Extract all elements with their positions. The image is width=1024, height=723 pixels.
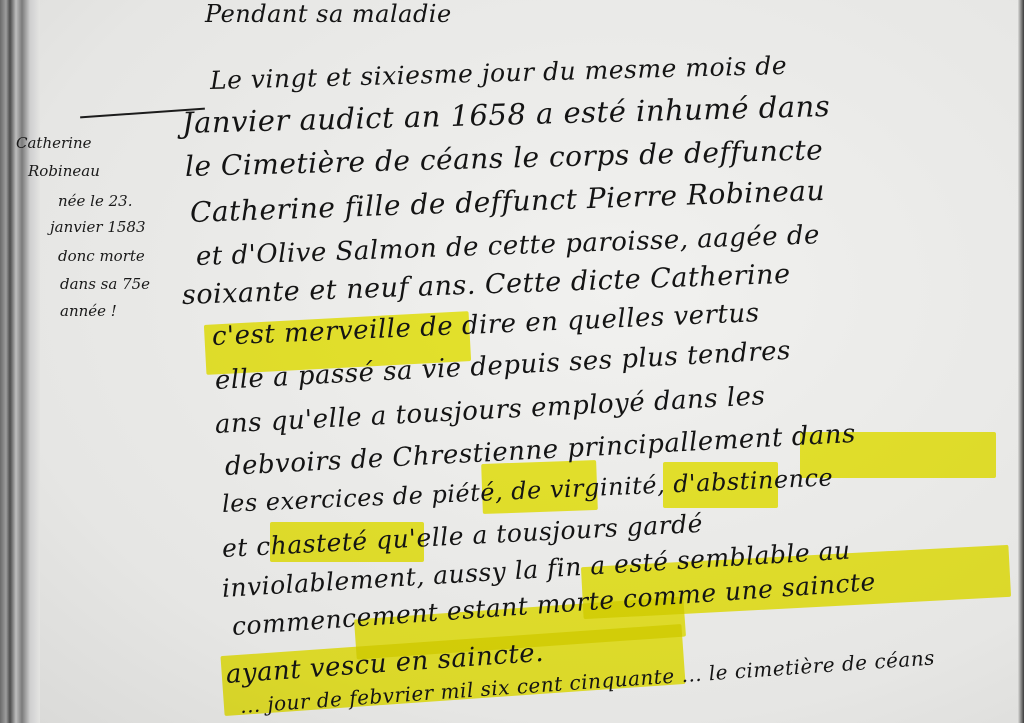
margin-note-line-3: née le 23. xyxy=(58,192,132,210)
margin-note-line-7: année ! xyxy=(60,302,117,320)
text-line-5: Catherine fille de deffunct Pierre Robin… xyxy=(189,174,825,229)
margin-note-line-1: Catherine xyxy=(16,134,92,152)
text-line-2: Le vingt et sixiesme jour du mesme mois … xyxy=(210,51,788,95)
margin-note-line-6: dans sa 75e xyxy=(60,275,150,293)
text-line-4: le Cimetière de céans le corps de deffun… xyxy=(185,133,824,183)
text-line-3: Janvier audict an 1658 a esté inhumé dan… xyxy=(182,89,831,140)
document-page: Catherine Robineau née le 23. janvier 15… xyxy=(0,0,1024,723)
margin-note-line-4: janvier 1583 xyxy=(50,218,146,236)
book-binding-gutter xyxy=(0,0,40,723)
page-edge xyxy=(1018,0,1024,723)
margin-note-line-2: Robineau xyxy=(28,162,100,180)
margin-note-line-5: donc morte xyxy=(58,247,145,265)
text-line-1: Pendant sa maladie xyxy=(205,0,452,28)
